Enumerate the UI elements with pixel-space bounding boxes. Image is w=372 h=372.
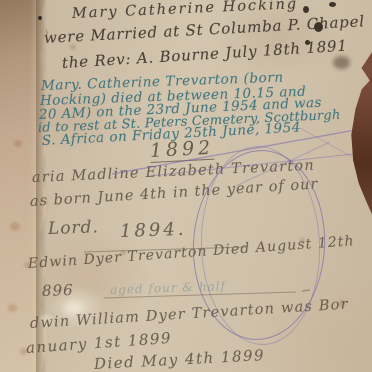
pen-scribble-marks: [0, 0, 372, 372]
register-page-photo: Mary Catherine Hocking were Married at S…: [0, 0, 372, 372]
